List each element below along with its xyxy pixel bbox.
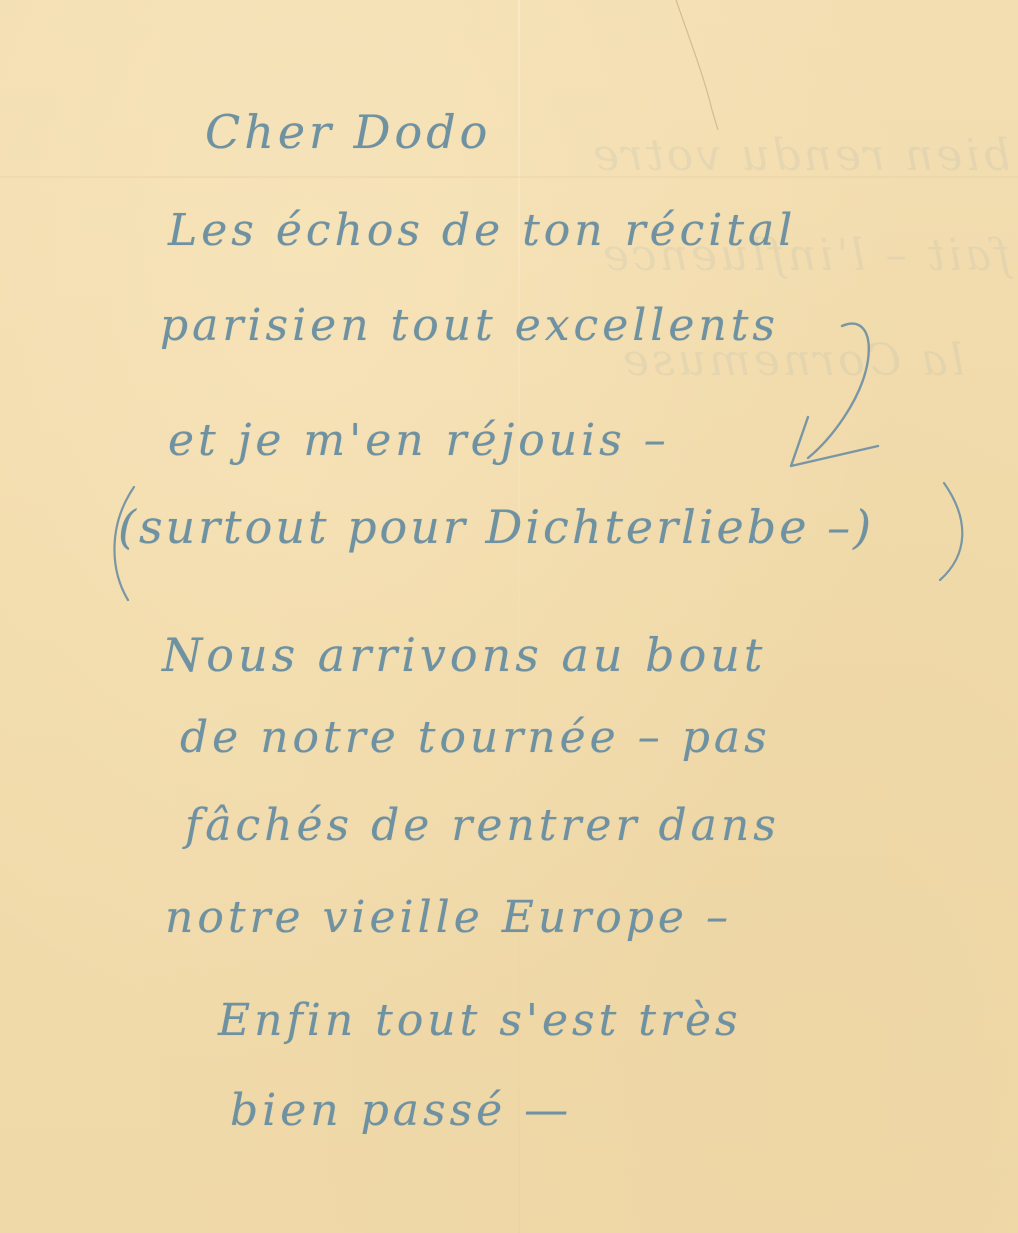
curved-arrow-icon (0, 0, 1018, 1233)
vertical-fold-line (518, 0, 520, 1233)
letter-line: fâchés de rentrer dans (185, 800, 780, 851)
letter-line: et je m'en réjouis – (168, 415, 670, 466)
letter-page: bien rendu votre à fait – l'influence la… (0, 0, 1018, 1233)
letter-line: Nous arrivons au bout (162, 628, 766, 682)
parenthesis-marks (0, 0, 1018, 1233)
letter-line-parenthetical: (surtout pour Dichterliebe –) (118, 500, 874, 554)
letter-line: notre vieille Europe – (165, 892, 732, 943)
letter-line-closing: bien passé — (230, 1085, 572, 1136)
letter-line: parisien tout excellents (160, 300, 779, 351)
letter-line: de notre tournée – pas (180, 712, 771, 763)
letter-line: Les échos de ton récital (168, 205, 796, 256)
letter-salutation: Cher Dodo (205, 105, 491, 159)
bleed-through-text: bien rendu votre (590, 130, 1011, 181)
paper-crease (0, 0, 1018, 1233)
letter-line: Enfin tout s'est très (218, 995, 742, 1046)
